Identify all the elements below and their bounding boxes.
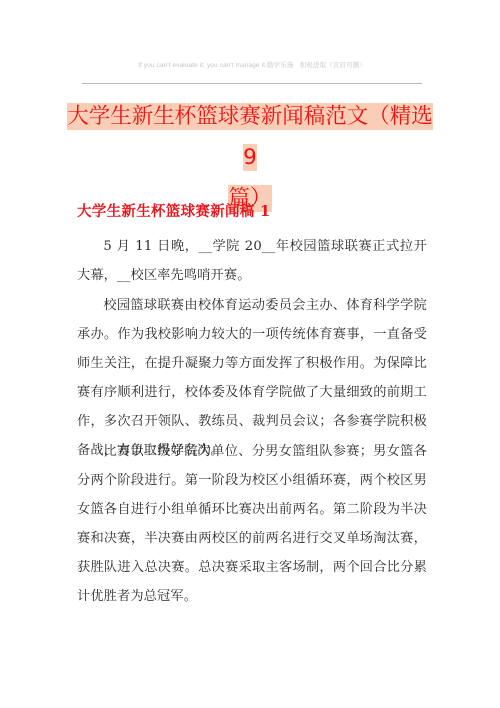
section-heading: 大学生新生杯篮球赛新闻稿 1: [77, 200, 270, 221]
body-paragraph: 5 月 11 日晚，__学院 20__年校园篮球联赛正式拉开大幕，__校区率先鸣…: [77, 232, 427, 290]
page-header-text: If you can't evaluate it, you can't mana…: [82, 60, 422, 69]
body-paragraph-3-container: 比赛以二级学院为单位、分男女篮组队参赛；男女篮各分两个阶段进行。第一阶段为校区小…: [77, 437, 427, 611]
document-title-line-1: 大学生新生杯篮球赛新闻稿范文（精选 9: [67, 103, 433, 171]
body-paragraph-1-container: 5 月 11 日晚，__学院 20__年校园篮球联赛正式拉开大幕，__校区率先鸣…: [77, 232, 427, 290]
header-divider: [82, 83, 422, 84]
body-paragraph: 比赛以二级学院为单位、分男女篮组队参赛；男女篮各分两个阶段进行。第一阶段为校区小…: [77, 437, 427, 611]
